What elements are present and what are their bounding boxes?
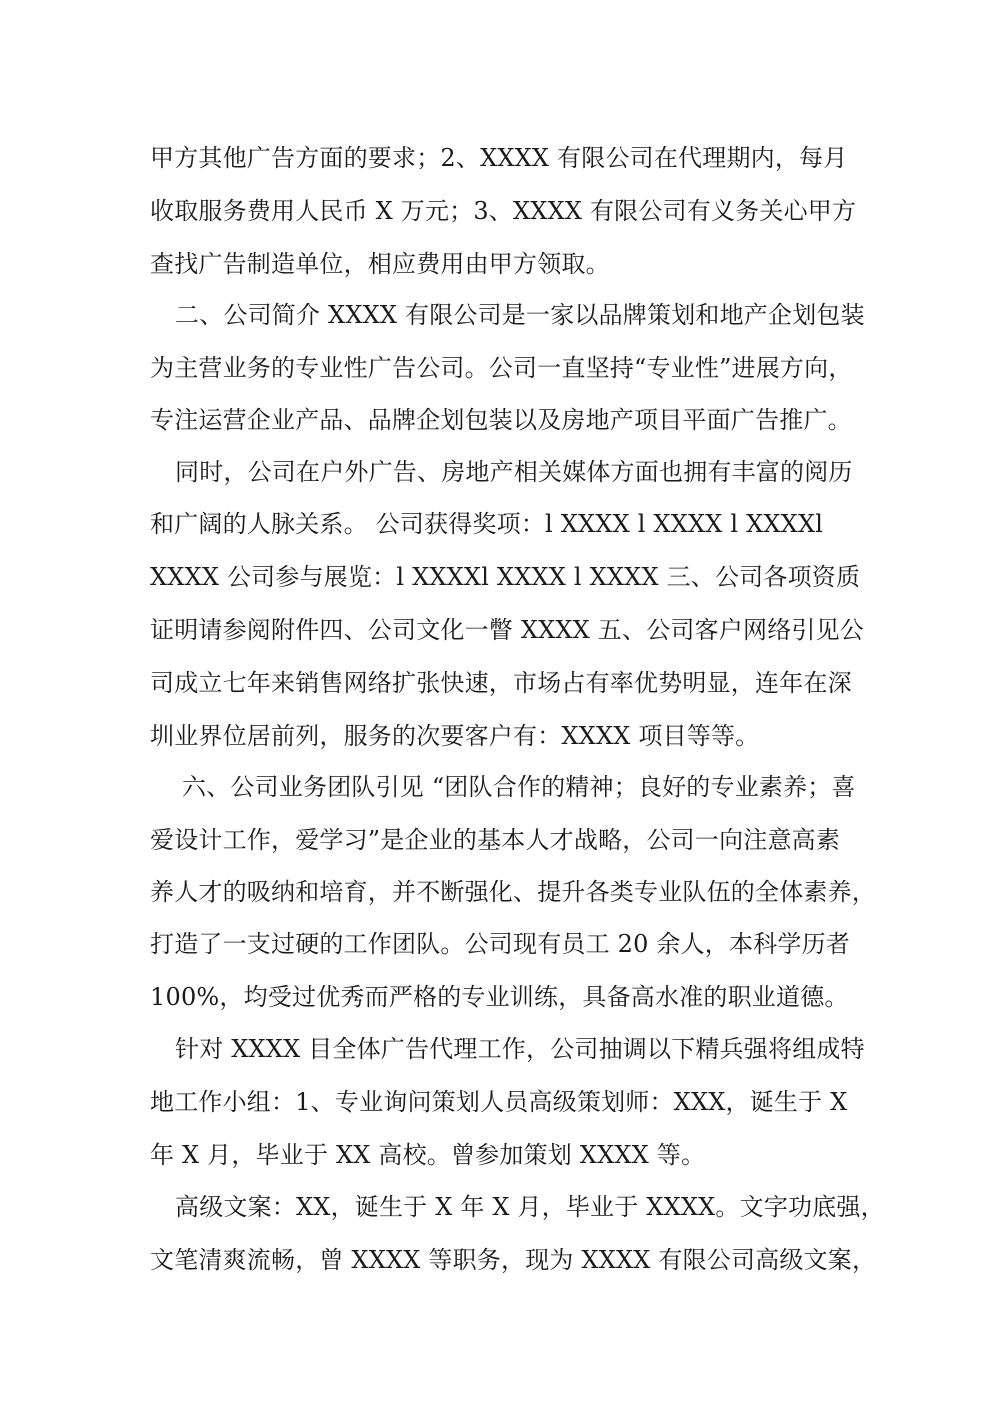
text-line: 打造了一支过硬的工作团队。公司现有员工 20 余人，本科学历者 xyxy=(150,929,870,959)
text-line: 高级文案：XX，诞生于 X 年 X 月，毕业于 XXXX。文字功底强， xyxy=(175,1192,895,1222)
text-line: 年 X 月，毕业于 XX 高校。曾参加策划 XXXX 等。 xyxy=(150,1140,870,1170)
text-line: 甲方其他广告方面的要求；2、XXXX 有限公司在代理期内，每月 xyxy=(150,143,870,173)
text-line: 圳业界位居前列，服务的次要客户有：XXXX 项目等等。 xyxy=(150,721,870,751)
text-line: 证明请参阅附件四、公司文化一瞥 XXXX 五、公司客户网络引见公 xyxy=(150,615,870,645)
text-line: 司成立七年来销售网络扩张快速，市场占有率优势明显，连年在深 xyxy=(150,668,870,698)
text-line: 文笔清爽流畅，曾 XXXX 等职务，现为 XXXX 有限公司高级文案， xyxy=(150,1245,870,1275)
text-line: 和广阔的人脉关系。 公司获得奖项：l XXXX l XXXX l XXXXl xyxy=(150,509,870,539)
text-line: 六、公司业务团队引见 “团队合作的精神；良好的专业素养；喜 xyxy=(182,772,902,802)
text-line: 地工作小组：1、专业询问策划人员高级策划师：XXX，诞生于 X xyxy=(150,1087,870,1117)
text-line: 二、公司简介 XXXX 有限公司是一家以品牌策划和地产企划包装 xyxy=(175,300,895,330)
text-line: XXXX 公司参与展览：l XXXXl XXXX l XXXX 三、公司各项资质 xyxy=(150,562,870,592)
text-line: 养人才的吸纳和培育，并不断强化、提升各类专业队伍的全体素养， xyxy=(150,877,870,907)
text-line: 查找广告制造单位，相应费用由甲方领取。 xyxy=(150,249,870,279)
text-line: 为主营业务的专业性广告公司。公司一直坚持“专业性”进展方向， xyxy=(150,353,870,383)
text-line: 爱设计工作，爱学习”是企业的基本人才战略，公司一向注意高素 xyxy=(150,825,870,855)
text-line: 专注运营企业产品、品牌企划包装以及房地产项目平面广告推广。 xyxy=(150,405,870,435)
text-line: 收取服务费用人民币 X 万元；3、XXXX 有限公司有义务关心甲方 xyxy=(150,196,870,226)
document-page: 甲方其他广告方面的要求；2、XXXX 有限公司在代理期内，每月 收取服务费用人民… xyxy=(0,0,1000,1415)
text-line: 同时，公司在户外广告、房地产相关媒体方面也拥有丰富的阅历 xyxy=(175,457,895,487)
text-line: 100%，均受过优秀而严格的专业训练，具备高水准的职业道德。 xyxy=(150,982,870,1012)
text-line: 针对 XXXX 目全体广告代理工作，公司抽调以下精兵强将组成特 xyxy=(175,1034,895,1064)
